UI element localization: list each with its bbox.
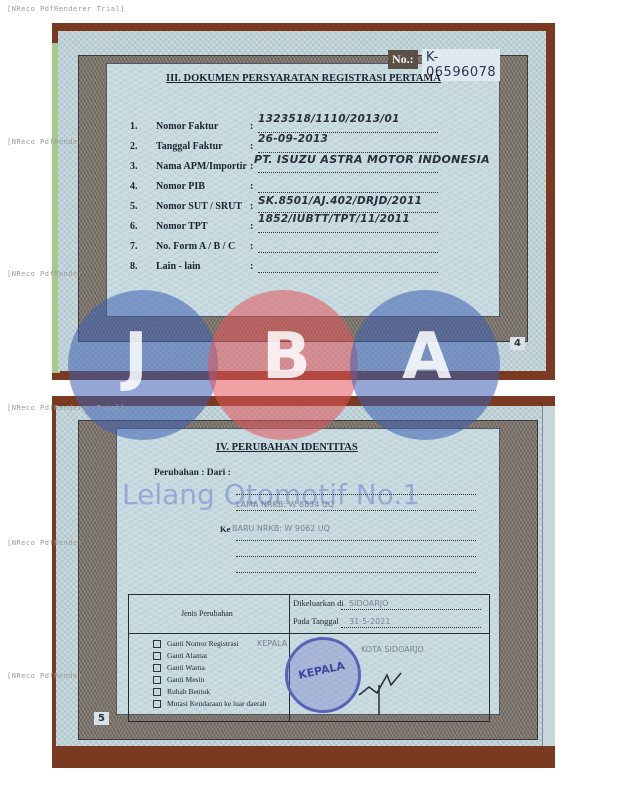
logo-letter-b: B xyxy=(262,320,311,394)
row-colon: : xyxy=(250,261,253,272)
row-label: No. Form A / B / C xyxy=(156,241,235,252)
logo-letter-a: A xyxy=(402,320,452,394)
row-label: Nomor TPT xyxy=(156,221,208,232)
official-stamp: KEPALA xyxy=(285,637,361,713)
new-registration-entry: BARU NRKB: W 9062 UQ xyxy=(232,524,330,533)
row-number: 4. xyxy=(130,181,150,192)
row-colon: : xyxy=(250,161,253,172)
logo-tagline: Lelang Otomotif No.1 xyxy=(122,478,420,511)
serial-number-label: No.: xyxy=(388,50,418,69)
row-value: SK.8501/AJ.402/DRJD/2011 xyxy=(258,195,422,207)
row-colon: : xyxy=(250,121,253,132)
checkbox[interactable] xyxy=(153,664,161,672)
row-label: Lain - lain xyxy=(156,261,200,272)
row-label: Nomor Faktur xyxy=(156,121,218,132)
official-title-stamp: KEPALA xyxy=(257,639,287,648)
change-type-table: Jenis Perubahan Dikeluarkan di SIDOARJO … xyxy=(128,594,490,722)
row-number: 7. xyxy=(130,241,150,252)
row-colon: : xyxy=(250,241,253,252)
row-colon: : xyxy=(250,221,253,232)
row-label: Nomor SUT / SRUT xyxy=(156,201,242,212)
checkbox[interactable] xyxy=(153,688,161,696)
logo-letter-j: J xyxy=(124,320,148,394)
checkbox[interactable] xyxy=(153,676,161,684)
checkbox-option[interactable]: Ganti Mesin xyxy=(153,675,204,684)
checkbox[interactable] xyxy=(153,640,161,648)
trial-watermark-text: [NReco PdfRender xyxy=(7,672,82,680)
section-title: III. DOKUMEN PERSYARATAN REGISTRASI PERT… xyxy=(166,73,441,84)
row-label: Nama APM/Importir xyxy=(156,161,247,172)
document-page-5: IV. PERUBAHAN IDENTITAS Perubahan : Dari… xyxy=(56,406,555,746)
row-label: Tanggal Faktur xyxy=(156,141,223,152)
row-value: 1323518/1110/2013/01 xyxy=(258,113,400,125)
row-number: 5. xyxy=(130,201,150,212)
date-value: 31-5-2021 xyxy=(349,617,390,626)
row-colon: : xyxy=(250,181,253,192)
checkbox-option[interactable]: Ganti Alamat xyxy=(153,651,207,660)
issued-at-value: SIDOARJO xyxy=(349,599,388,608)
checkbox[interactable] xyxy=(153,652,161,660)
trial-watermark-text: [NReco PdfRender xyxy=(7,539,82,547)
trial-watermark-text: [NReco PdfRender xyxy=(7,138,82,146)
issued-at-label: Dikeluarkan di xyxy=(293,598,344,608)
checkbox-option[interactable]: Mutasi Kendaraan ke luar daerah xyxy=(153,699,267,708)
page-number: 5 xyxy=(94,712,109,725)
row-label: Nomor PIB xyxy=(156,181,205,192)
change-to-label: Ke xyxy=(220,524,230,534)
row-value: 26-09-2013 xyxy=(258,133,328,145)
trial-watermark-text: [NReco PdfRenderer Trial] xyxy=(7,404,125,412)
checkbox-option[interactable]: Rubah Bentuk xyxy=(153,687,210,696)
document-photo-page-5: IV. PERUBAHAN IDENTITAS Perubahan : Dari… xyxy=(52,396,555,768)
form-rows: 1. Nomor Faktur : 1323518/1110/2013/01 2… xyxy=(130,121,510,301)
checkbox[interactable] xyxy=(153,700,161,708)
trial-watermark-text: [NReco PdfRender xyxy=(7,270,82,278)
date-label: Pada Tanggal xyxy=(293,616,339,626)
row-value: 1852/IUBTT/TPT/11/2011 xyxy=(258,213,410,225)
row-number: 6. xyxy=(130,221,150,232)
row-colon: : xyxy=(250,201,253,212)
row-number: 8. xyxy=(130,261,150,272)
row-value: PT. ISUZU ASTRA MOTOR INDONESIA xyxy=(254,153,490,166)
checkbox-option[interactable]: Ganti Warna xyxy=(153,663,205,672)
signature xyxy=(357,655,407,715)
checkbox-option[interactable]: Ganti Nomor Registrasi xyxy=(153,639,239,648)
official-city-stamp: KOTA SIDOARJO xyxy=(361,645,424,654)
trial-watermark-text: [NReco PdfRenderer Trial] xyxy=(7,5,125,13)
row-number: 2. xyxy=(130,141,150,152)
section-title: IV. PERUBAHAN IDENTITAS xyxy=(216,442,358,453)
change-type-header: Jenis Perubahan xyxy=(181,609,233,618)
row-colon: : xyxy=(250,141,253,152)
page-number: 4 xyxy=(510,337,525,350)
change-from-label: Perubahan : Dari : xyxy=(154,468,231,478)
row-number: 3. xyxy=(130,161,150,172)
row-number: 1. xyxy=(130,121,150,132)
